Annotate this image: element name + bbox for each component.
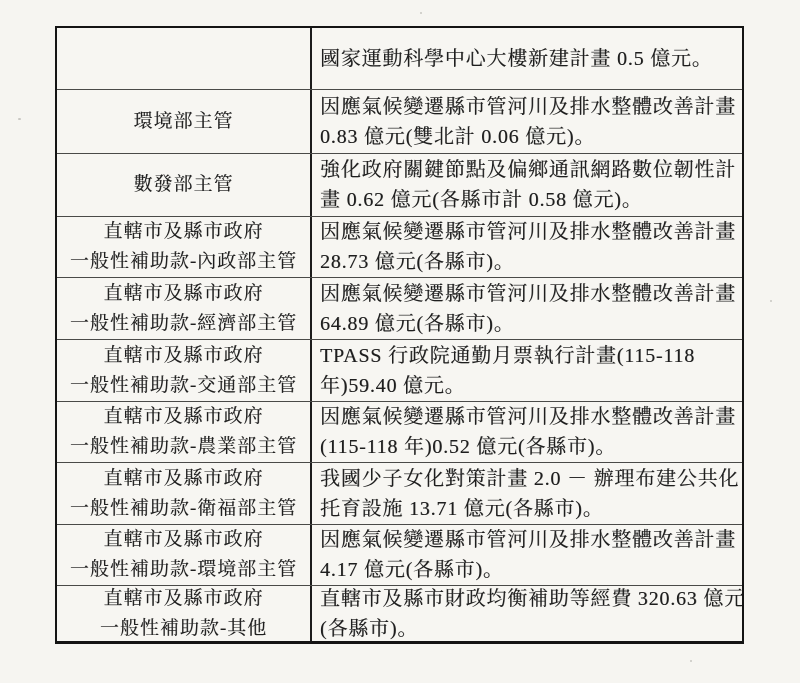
category-cell: 直轄市及縣市政府 一般性補助款-經濟部主管 xyxy=(57,278,312,339)
description-line: 我國少子女化對策計畫 2.0 － 辦理布建公共化 xyxy=(320,464,739,494)
description-line: 64.89 億元(各縣市)。 xyxy=(320,309,515,339)
table-row: 直轄市及縣市政府 一般性補助款-衛福部主管 我國少子女化對策計畫 2.0 － 辦… xyxy=(57,462,742,524)
category-line: 一般性補助款-衛福部主管 xyxy=(70,494,297,524)
category-cell: 直轄市及縣市政府 一般性補助款-內政部主管 xyxy=(57,217,312,277)
category-line: 一般性補助款-交通部主管 xyxy=(70,371,297,401)
scan-speck xyxy=(420,12,422,14)
budget-table: 國家運動科學中心大樓新建計畫 0.5 億元。 環境部主管 因應氣候變遷縣市管河川… xyxy=(55,26,744,644)
category-line: 數發部主管 xyxy=(133,170,233,200)
description-cell: 國家運動科學中心大樓新建計畫 0.5 億元。 xyxy=(312,28,742,89)
description-line: 因應氣候變遷縣市管河川及排水整體改善計畫 xyxy=(320,92,736,122)
category-line: 一般性補助款-經濟部主管 xyxy=(70,309,297,339)
description-line: 28.73 億元(各縣市)。 xyxy=(320,247,515,277)
description-cell: 因應氣候變遷縣市管河川及排水整體改善計畫 28.73 億元(各縣市)。 xyxy=(312,217,742,277)
scan-speck xyxy=(690,660,692,662)
category-line: 環境部主管 xyxy=(133,107,233,137)
category-cell: 直轄市及縣市政府 一般性補助款-環境部主管 xyxy=(57,525,312,585)
table-row: 直轄市及縣市政府 一般性補助款-內政部主管 因應氣候變遷縣市管河川及排水整體改善… xyxy=(57,216,742,277)
description-line: 強化政府關鍵節點及偏鄉通訊網路數位韌性計 xyxy=(320,155,736,185)
table-row: 直轄市及縣市政府 一般性補助款-農業部主管 因應氣候變遷縣市管河川及排水整體改善… xyxy=(57,401,742,462)
description-cell: 我國少子女化對策計畫 2.0 － 辦理布建公共化 托育設施 13.71 億元(各… xyxy=(312,463,742,524)
scan-speck xyxy=(770,300,772,302)
description-line: 年)59.40 億元。 xyxy=(320,371,465,401)
category-line: 直轄市及縣市政府 xyxy=(103,464,263,494)
category-cell: 直轄市及縣市政府 一般性補助款-交通部主管 xyxy=(57,340,312,401)
scanned-document-page: { "colors": { "paper": "#f6f5f1", "ink":… xyxy=(0,0,800,683)
category-line: 直轄市及縣市政府 xyxy=(103,341,263,371)
description-line: 4.17 億元(各縣市)。 xyxy=(320,555,504,585)
description-line: 因應氣候變遷縣市管河川及排水整體改善計畫 xyxy=(320,525,736,555)
table-row: 直轄市及縣市政府 一般性補助款-環境部主管 因應氣候變遷縣市管河川及排水整體改善… xyxy=(57,524,742,585)
category-cell: 環境部主管 xyxy=(57,90,312,153)
table-row: 直轄市及縣市政府 一般性補助款-經濟部主管 因應氣候變遷縣市管河川及排水整體改善… xyxy=(57,277,742,339)
description-line: 直轄市及縣市財政均衡補助等經費 320.63 億元 xyxy=(320,586,742,614)
description-line: (115-118 年)0.52 億元(各縣市)。 xyxy=(320,432,616,462)
description-line: TPASS 行政院通勤月票執行計畫(115-118 xyxy=(320,341,695,371)
description-cell: 因應氣候變遷縣市管河川及排水整體改善計畫 64.89 億元(各縣市)。 xyxy=(312,278,742,339)
scan-speck xyxy=(18,118,21,120)
category-line: 直轄市及縣市政府 xyxy=(103,279,263,309)
description-line: 托育設施 13.71 億元(各縣市)。 xyxy=(320,494,604,524)
category-line: 一般性補助款-內政部主管 xyxy=(70,247,297,277)
description-line: (各縣市)。 xyxy=(320,614,418,642)
category-line: 直轄市及縣市政府 xyxy=(103,402,263,432)
category-line: 直轄市及縣市政府 xyxy=(103,586,263,614)
category-line: 一般性補助款-環境部主管 xyxy=(70,555,297,585)
description-line: 0.83 億元(雙北計 0.06 億元)。 xyxy=(320,122,595,152)
description-cell: 因應氣候變遷縣市管河川及排水整體改善計畫 4.17 億元(各縣市)。 xyxy=(312,525,742,585)
description-cell: 因應氣候變遷縣市管河川及排水整體改善計畫 (115-118 年)0.52 億元(… xyxy=(312,402,742,462)
description-cell: 因應氣候變遷縣市管河川及排水整體改善計畫 0.83 億元(雙北計 0.06 億元… xyxy=(312,90,742,153)
category-cell: 直轄市及縣市政府 一般性補助款-農業部主管 xyxy=(57,402,312,462)
table-row: 環境部主管 因應氣候變遷縣市管河川及排水整體改善計畫 0.83 億元(雙北計 0… xyxy=(57,89,742,153)
table-row: 直轄市及縣市政府 一般性補助款-交通部主管 TPASS 行政院通勤月票執行計畫(… xyxy=(57,339,742,401)
table-row: 直轄市及縣市政府 一般性補助款-其他 直轄市及縣市財政均衡補助等經費 320.6… xyxy=(57,585,742,641)
description-line: 國家運動科學中心大樓新建計畫 0.5 億元。 xyxy=(320,44,713,74)
description-line: 畫 0.62 億元(各縣市計 0.58 億元)。 xyxy=(320,185,643,215)
category-cell xyxy=(57,28,312,89)
category-cell: 直轄市及縣市政府 一般性補助款-其他 xyxy=(57,586,312,641)
description-cell: TPASS 行政院通勤月票執行計畫(115-118 年)59.40 億元。 xyxy=(312,340,742,401)
table-row: 國家運動科學中心大樓新建計畫 0.5 億元。 xyxy=(57,28,742,89)
description-cell: 強化政府關鍵節點及偏鄉通訊網路數位韌性計 畫 0.62 億元(各縣市計 0.58… xyxy=(312,154,742,216)
category-cell: 直轄市及縣市政府 一般性補助款-衛福部主管 xyxy=(57,463,312,524)
description-line: 因應氣候變遷縣市管河川及排水整體改善計畫 xyxy=(320,279,736,309)
description-line: 因應氣候變遷縣市管河川及排水整體改善計畫 xyxy=(320,402,736,432)
category-line: 直轄市及縣市政府 xyxy=(103,217,263,247)
category-line: 直轄市及縣市政府 xyxy=(103,525,263,555)
description-cell: 直轄市及縣市財政均衡補助等經費 320.63 億元 (各縣市)。 xyxy=(312,586,742,641)
category-line: 一般性補助款-農業部主管 xyxy=(70,432,297,462)
category-cell: 數發部主管 xyxy=(57,154,312,216)
category-line: 一般性補助款-其他 xyxy=(100,614,267,642)
table-row: 數發部主管 強化政府關鍵節點及偏鄉通訊網路數位韌性計 畫 0.62 億元(各縣市… xyxy=(57,153,742,216)
description-line: 因應氣候變遷縣市管河川及排水整體改善計畫 xyxy=(320,217,736,247)
